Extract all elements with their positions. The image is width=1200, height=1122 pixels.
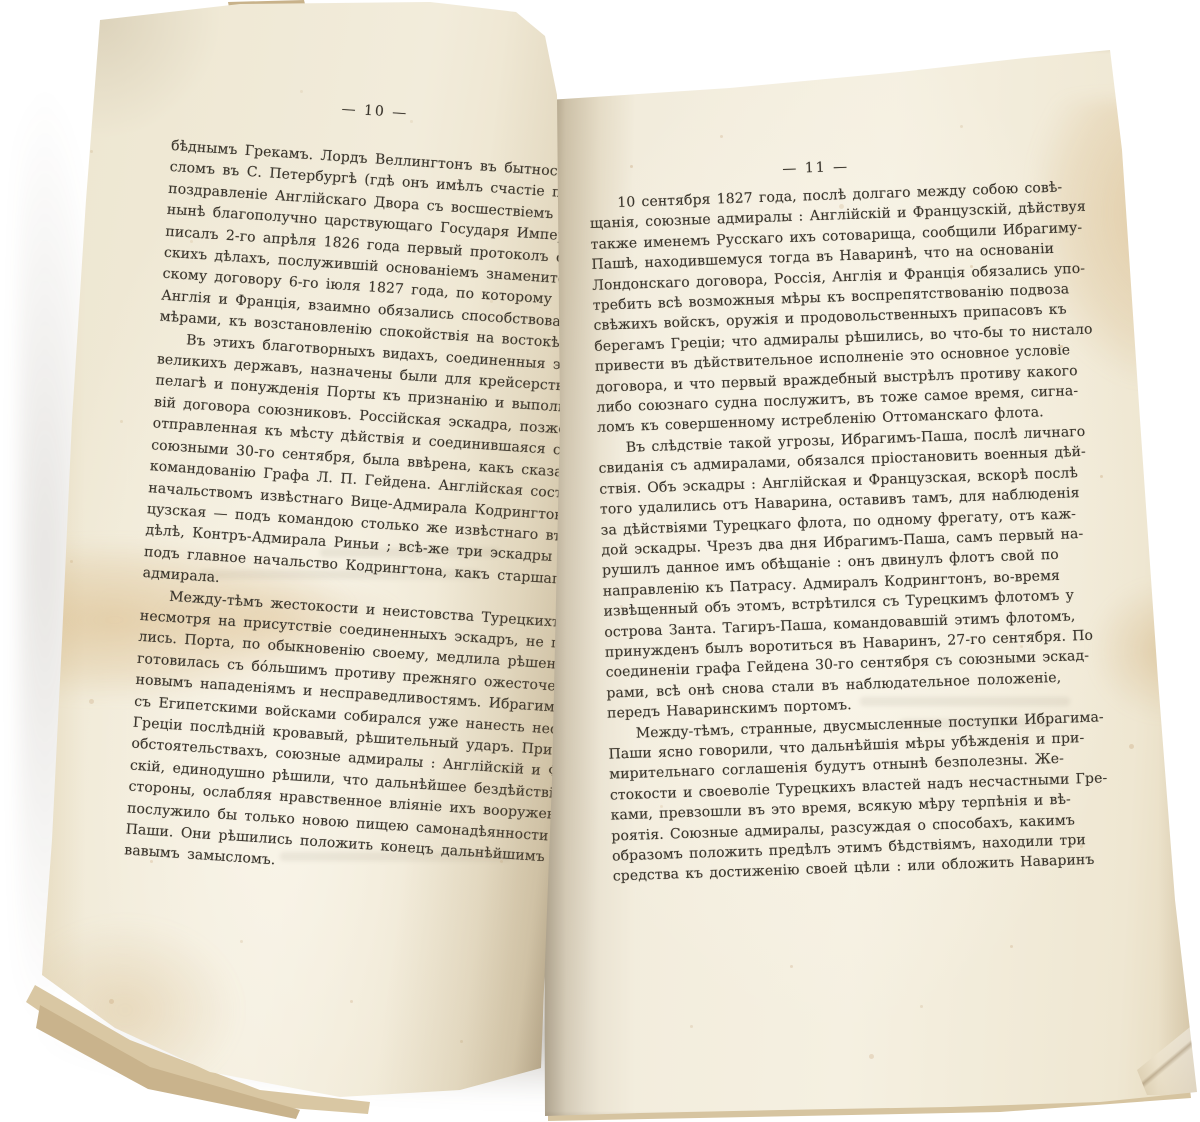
page-text-right: — 11 — 10 сентября 1827 года, послѣ долг…: [588, 150, 1068, 887]
foxing-specks: [30, 0, 33, 3]
book-page-left: — 10 — бѣднымъ Грекамъ. Лордъ Веллингтон…: [30, 0, 575, 1122]
stain: [1090, 580, 1200, 720]
page-number-left: — 10 —: [174, 88, 577, 136]
page-11-lines: 10 сентября 1827 года, послѣ долгаго меж…: [589, 178, 1068, 887]
page-10-lines: бѣднымъ Грекамъ. Лордъ Веллингтонъ въ бы…: [124, 136, 573, 889]
book-page-right: — 11 — 10 сентября 1827 года, послѣ долг…: [540, 45, 1200, 1122]
open-book-photo: — 11 — 10 сентября 1827 года, послѣ долг…: [0, 0, 1200, 1122]
page-text-left: — 10 — бѣднымъ Грекамъ. Лордъ Веллингтон…: [124, 88, 577, 889]
